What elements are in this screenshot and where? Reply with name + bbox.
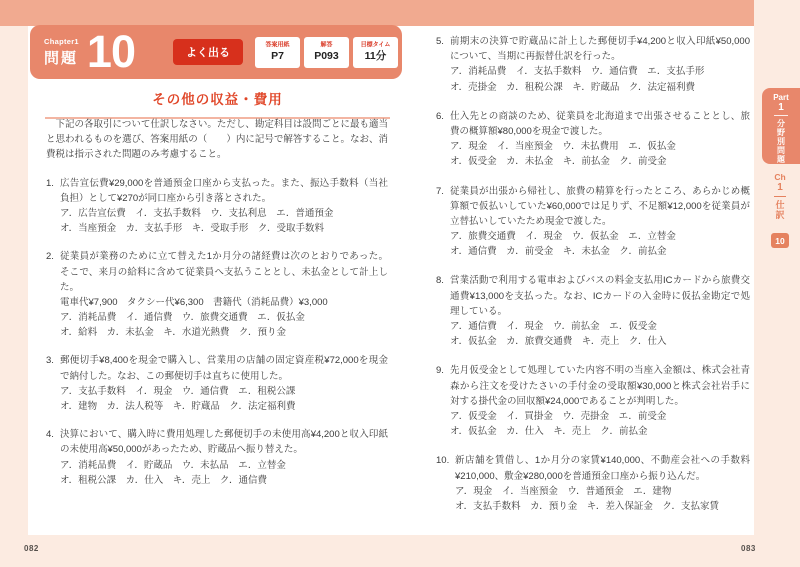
question-text: 広告宣伝費¥29,000を普通預金口座から支払った。また、振込手数料（当社負担）… xyxy=(60,176,388,206)
book-spread: Chapter1 問題 10 よく出る 答案用紙 P7 解答 P093 目標タイ… xyxy=(0,0,800,567)
question-options: オ．仮受金 カ．未払金 キ．前払金 ク．前受金 xyxy=(450,154,750,169)
info-boxes: 答案用紙 P7 解答 P093 目標タイム 11分 xyxy=(251,37,398,68)
question-options: オ．仮払金 カ．仕入 キ．売上 ク．前払金 xyxy=(450,424,750,439)
question-options: オ．租税公課 カ．仕入 キ．売上 ク．通信費 xyxy=(60,473,388,488)
section-title: その他の収益・費用 xyxy=(45,88,390,108)
target-time-value: 11分 xyxy=(353,49,398,64)
question-number: 1. xyxy=(46,176,54,191)
question-text: 従業員が業務のために立て替えた1か月分の諸経費は次のとおりであった。そこで、来月… xyxy=(60,249,388,295)
question-4: 4.決算において、購入時に費用処理した郵便切手の未使用高¥4,200と収入印紙の… xyxy=(46,427,388,488)
question-number: 5. xyxy=(436,34,444,49)
problem-label: 問題 xyxy=(44,47,79,68)
solution-caption: 解答 xyxy=(306,37,347,48)
question-options: ア．消耗品費 イ．通信費 ウ．旅費交通費 エ．仮払金 xyxy=(60,310,388,325)
solution-page: P093 xyxy=(304,49,349,64)
question-1: 1.広告宣伝費¥29,000を普通預金口座から支払った。また、振込手数料（当社負… xyxy=(46,176,388,237)
question-number: 4. xyxy=(46,427,54,442)
question-3: 3.郵便切手¥8,400を現金で購入し、営業用の店舗の固定資産税¥72,000を… xyxy=(46,353,388,414)
question-7: 7.従業員が出張から帰社し、旅費の精算を行ったところ、あらかじめ概算額で仮払いし… xyxy=(436,184,750,260)
question-options: ア．仮受金 イ．買掛金 ウ．売掛金 エ．前受金 xyxy=(450,409,750,424)
question-10: 10.新店舗を賃借し、1か月分の家賃¥140,000、不動産会社への手数料¥21… xyxy=(436,453,750,514)
part-number: 1 xyxy=(778,102,784,113)
questions-left: 1.広告宣伝費¥29,000を普通預金口座から支払った。また、振込手数料（当社負… xyxy=(46,176,388,488)
question-text: 決算において、購入時に費用処理した郵便切手の未使用高¥4,200と収入印紙の未使… xyxy=(60,427,388,457)
question-text: 前期末の決算で貯蔵品に計上した郵便切手¥4,200と収入印紙¥50,000につい… xyxy=(450,34,750,64)
question-2: 2.従業員が業務のために立て替えた1か月分の諸経費は次のとおりであった。そこで、… xyxy=(46,249,388,340)
chapter-tab-label: Ch xyxy=(767,172,793,182)
question-options: ア．旅費交通費 イ．現金 ウ．仮払金 エ．立替金 xyxy=(450,229,750,244)
question-text: 営業活動で利用する電車およびバスの料金支払用ICカードから旅費交通費¥13,00… xyxy=(450,273,750,319)
question-8: 8.営業活動で利用する電車およびバスの料金支払用ICカードから旅費交通費¥13,… xyxy=(436,273,750,349)
target-time-caption: 目標タイム xyxy=(355,37,396,48)
section-title-block: その他の収益・費用 xyxy=(45,88,390,119)
question-text: 従業員が出張から帰社し、旅費の精算を行ったところ、あらかじめ概算額で仮払いしてい… xyxy=(450,184,750,230)
divider xyxy=(774,196,786,197)
question-number: 7. xyxy=(436,184,444,199)
question-options: オ．通信費 カ．前受金 キ．未払金 ク．前払金 xyxy=(450,244,750,259)
question-options: ア．支払手数料 イ．現金 ウ．通信費 エ．租税公課 xyxy=(60,384,388,399)
sidebar-problem-badge: 10 xyxy=(771,233,789,248)
question-options: オ．売掛金 カ．租税公課 キ．貯蔵品 ク．法定福利費 xyxy=(450,80,750,95)
chapter-block: Chapter1 問題 xyxy=(44,37,79,68)
question-options: ア．現金 イ．当座預金 ウ．未払費用 エ．仮払金 xyxy=(450,139,750,154)
chapter-label: Chapter1 xyxy=(44,37,79,46)
solution-box: 解答 P093 xyxy=(304,37,349,68)
answer-sheet-box: 答案用紙 P7 xyxy=(255,37,300,68)
question-9: 9.先月仮受金として処理していた内容不明の当座入金額は、株式会社青森から注文を受… xyxy=(436,363,750,439)
question-6: 6.仕入先との商談のため、従業員を北海道まで出張させることとし、旅費の概算額¥8… xyxy=(436,109,750,170)
sidebar-part-tab: Part 1 分野別問題 xyxy=(762,88,800,164)
question-options: ア．広告宣伝費 イ．支払手数料 ウ．支払利息 エ．普通預金 xyxy=(60,206,388,221)
question-options: オ．仮払金 カ．旅費交通費 キ．売上 ク．仕入 xyxy=(450,334,750,349)
chapter-tab-number: 1 xyxy=(767,182,793,193)
question-options: ア．現金 イ．当座預金 ウ．普通預金 エ．建物 xyxy=(455,484,750,499)
questions-right: 5.前期末の決算で貯蔵品に計上した郵便切手¥4,200と収入印紙¥50,000に… xyxy=(436,34,750,528)
question-options: オ．支払手数料 カ．預り金 キ．差入保証金 ク．支払家賃 xyxy=(455,499,750,514)
question-options: オ．当座預金 カ．支払手形 キ．受取手形 ク．受取手数料 xyxy=(60,221,388,236)
question-options: オ．建物 カ．法人税等 キ．貯蔵品 ク．法定福利費 xyxy=(60,399,388,414)
instructions-text: 下記の各取引について仕訳しなさい。ただし、勘定科目は設問ごとに最も適当と思われる… xyxy=(46,117,388,163)
chapter-tab-title: 仕訳 xyxy=(774,200,787,220)
page-number-right: 083 xyxy=(741,544,756,553)
left-page-content: 下記の各取引について仕訳しなさい。ただし、勘定科目は設問ごとに最も適当と思われる… xyxy=(46,117,388,501)
question-number: 2. xyxy=(46,249,54,264)
divider xyxy=(774,115,788,116)
question-options: ア．通信費 イ．現金 ウ．前払金 エ．仮受金 xyxy=(450,319,750,334)
question-number: 3. xyxy=(46,353,54,368)
question-options: ア．消耗品費 イ．支払手数料 ウ．通信費 エ．支払手形 xyxy=(450,64,750,79)
question-text: 先月仮受金として処理していた内容不明の当座入金額は、株式会社青森から注文を受けた… xyxy=(450,363,750,409)
page-number-left: 082 xyxy=(24,544,39,553)
problem-number: 10 xyxy=(87,27,135,77)
question-number: 8. xyxy=(436,273,444,288)
question-options: オ．給料 カ．未払金 キ．水道光熱費 ク．預り金 xyxy=(60,325,388,340)
problem-header: Chapter1 問題 10 よく出る 答案用紙 P7 解答 P093 目標タイ… xyxy=(30,25,402,79)
part-title: 分野別問題 xyxy=(776,119,787,164)
question-number: 9. xyxy=(436,363,444,378)
part-label: Part xyxy=(773,93,789,102)
question-number: 10. xyxy=(436,453,449,468)
question-options: ア．消耗品費 イ．貯蔵品 ウ．未払品 エ．立替金 xyxy=(60,458,388,473)
frequency-badge: よく出る xyxy=(173,39,243,65)
question-text: 電車代¥7,900 タクシー代¥6,300 書籍代（消耗品費）¥3,000 xyxy=(60,295,388,310)
sidebar-chapter-block: Ch 1 仕訳 xyxy=(767,172,793,220)
question-text: 郵便切手¥8,400を現金で購入し、営業用の店舗の固定資産税¥72,000を現金… xyxy=(60,353,388,383)
target-time-box: 目標タイム 11分 xyxy=(353,37,398,68)
question-number: 6. xyxy=(436,109,444,124)
question-5: 5.前期末の決算で貯蔵品に計上した郵便切手¥4,200と収入印紙¥50,000に… xyxy=(436,34,750,95)
answer-sheet-caption: 答案用紙 xyxy=(257,37,298,48)
answer-sheet-page: P7 xyxy=(255,49,300,64)
question-text: 新店舗を賃借し、1か月分の家賃¥140,000、不動産会社への手数料¥210,0… xyxy=(455,453,750,483)
top-strip xyxy=(0,0,754,26)
question-text: 仕入先との商談のため、従業員を北海道まで出張させることとし、旅費の概算額¥80,… xyxy=(450,109,750,139)
